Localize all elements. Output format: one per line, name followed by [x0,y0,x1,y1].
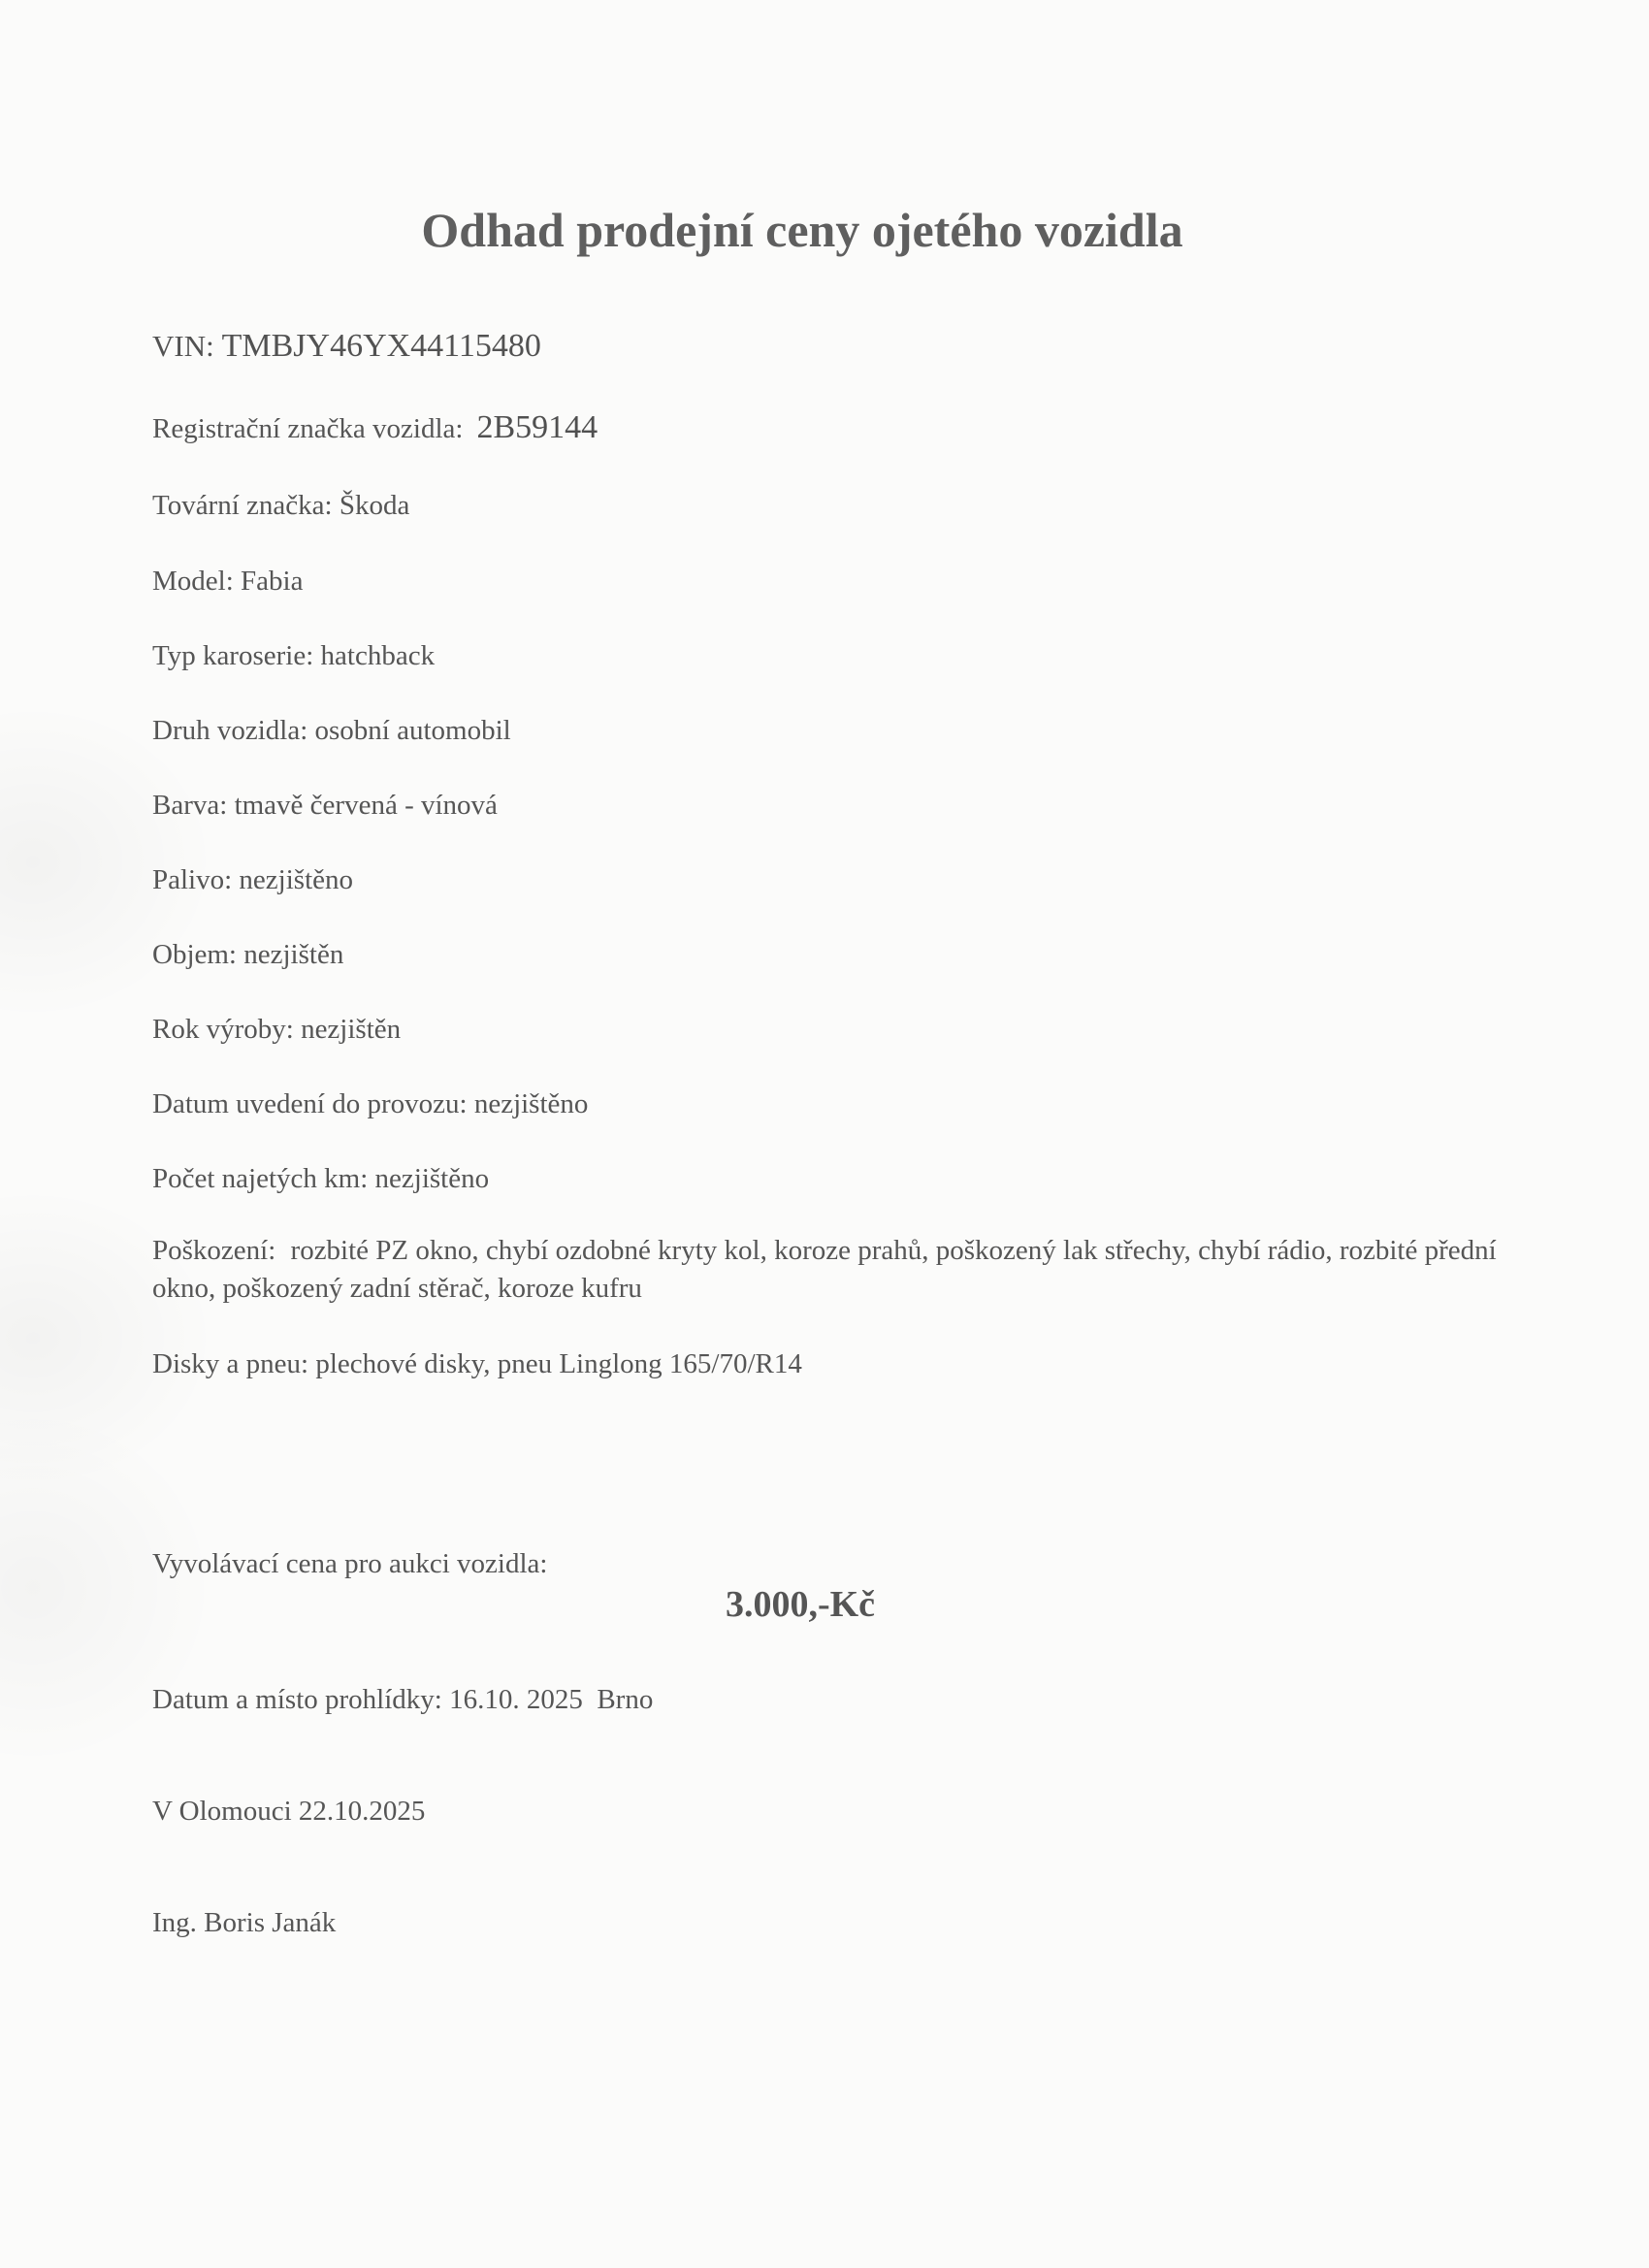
auction-price-label: Vyvolávací cena pro aukci vozidla: [152,1545,547,1582]
first-registration-line: Datum uvedení do provozu: nezjištěno [152,1085,588,1122]
registration-label: Registrační značka vozidla: [152,413,463,444]
vin-label: VIN: [152,329,214,363]
vin-value: TMBJY46YX44115480 [222,328,541,364]
price-text: 3.000,-Kč [726,1584,875,1625]
fuel-label: Palivo: [152,864,232,895]
signature: Ing. Boris Janák [152,1904,336,1941]
brand-value: Škoda [339,490,410,521]
vehicle-kind-value: osobní automobil [315,715,511,746]
mileage-label: Počet najetých km: [152,1163,368,1194]
vin-line: VIN: TMBJY46YX44115480 [152,328,541,365]
auction-price-value: 3.000,-Kč [0,1583,1600,1626]
damage-value: rozbité PZ okno, chybí ozdobné kryty kol… [152,1235,1497,1304]
place-date: V Olomouci 22.10.2025 [152,1793,425,1830]
damage-paragraph: Poškození: rozbité PZ okno, chybí ozdobn… [152,1232,1510,1308]
color-line: Barva: tmavě červená - vínová [152,787,498,824]
color-value: tmavě červená - vínová [235,790,498,821]
mileage-line: Počet najetých km: nezjištěno [152,1160,489,1197]
volume-value: nezjištěn [243,939,343,970]
wheels-line: Disky a pneu: plechové disky, pneu Lingl… [152,1345,802,1382]
inspection-value: 16.10. 2025 Brno [449,1684,653,1715]
body-type-label: Typ karoserie: [152,640,313,671]
inspection-line: Datum a místo prohlídky: 16.10. 2025 Brn… [152,1681,653,1718]
body-type-line: Typ karoserie: hatchback [152,637,435,674]
fuel-line: Palivo: nezjištěno [152,861,353,898]
vehicle-kind-label: Druh vozidla: [152,715,307,746]
document-title: Odhad prodejní ceny ojetého vozidla [0,202,1604,258]
fuel-value: nezjištěno [239,864,353,895]
body-type-value: hatchback [321,640,436,671]
year-value: nezjištěn [301,1014,401,1045]
model-value: Fabia [241,566,303,597]
first-registration-label: Datum uvedení do provozu: [152,1088,468,1119]
model-line: Model: Fabia [152,563,303,599]
registration-line: Registrační značka vozidla:2B59144 [152,409,598,447]
year-label: Rok výroby: [152,1014,294,1045]
year-line: Rok výroby: nezjištěn [152,1011,401,1048]
brand-line: Tovární značka: Škoda [152,487,409,524]
volume-line: Objem: nezjištěn [152,936,343,973]
vehicle-kind-line: Druh vozidla: osobní automobil [152,712,511,749]
registration-value: 2B59144 [476,409,598,445]
wheels-value: plechové disky, pneu Linglong 165/70/R14 [315,1348,802,1379]
wheels-label: Disky a pneu: [152,1348,308,1379]
color-label: Barva: [152,790,227,821]
inspection-label: Datum a místo prohlídky: [152,1684,442,1715]
first-registration-value: nezjištěno [474,1088,589,1119]
brand-label: Tovární značka: [152,490,333,521]
model-label: Model: [152,566,234,597]
damage-label: Poškození: [152,1235,275,1266]
volume-label: Objem: [152,939,237,970]
mileage-value: nezjištěno [375,1163,490,1194]
